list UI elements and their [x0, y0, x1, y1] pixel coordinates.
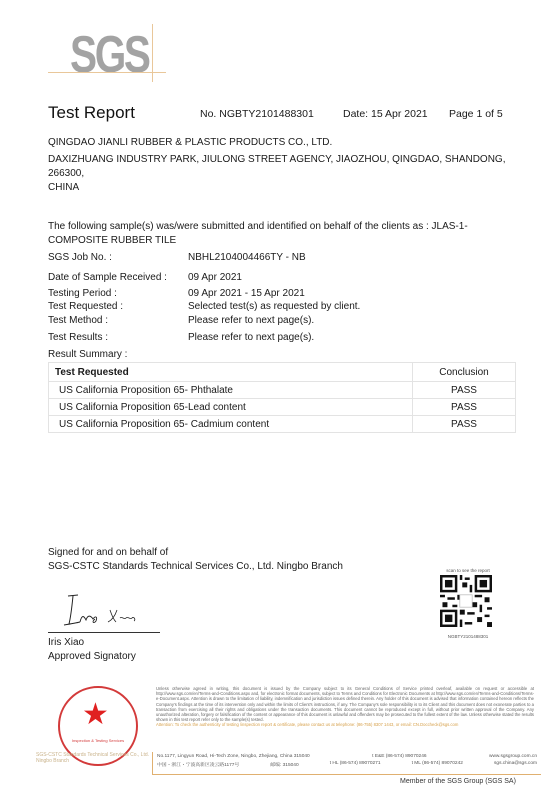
- email-link[interactable]: sgs.china@sgs.com: [494, 761, 537, 768]
- signer-name: Iris Xiao: [48, 636, 136, 650]
- qr-report-code: NGBTY2101488301: [440, 634, 496, 639]
- result-summary-label: Result Summary :: [48, 348, 127, 362]
- table-row: US California Proposition 65- Phthalate …: [49, 382, 516, 399]
- authenticity-notice: Attention: To check the authenticity of …: [156, 722, 534, 727]
- report-number: No. NGBTY2101488301: [200, 108, 314, 120]
- signed-on-behalf: Signed for and on behalf of SGS-CSTC Sta…: [48, 546, 368, 574]
- address-row-cn: 中国・浙江・宁波高新区凌云路1177号 邮编: 315040 t HL (86-…: [153, 759, 541, 768]
- signature-line: [48, 632, 160, 633]
- field-label: Test Results :: [48, 331, 188, 347]
- signer-block: Iris Xiao Approved Signatory: [48, 636, 136, 664]
- client-address-line1: DAXIZHUANG INDUSTRY PARK, JIULONG STREET…: [48, 153, 518, 181]
- test-conclusion: PASS: [413, 382, 516, 399]
- field-value: Selected test(s) as requested by client.: [188, 300, 360, 314]
- field-job-no: SGS Job No. : NBHL2104004466TY - NB: [48, 251, 518, 267]
- field-value: NBHL2104004466TY - NB: [188, 251, 306, 267]
- column-header-conclusion: Conclusion: [413, 363, 516, 382]
- field-date-received: Date of Sample Received : 09 Apr 2021: [48, 271, 518, 287]
- client-block: QINGDAO JIANLI RUBBER & PLASTIC PRODUCTS…: [48, 136, 518, 198]
- logo-crosshair-vertical: [152, 24, 153, 82]
- field-testing-period: Testing Period : 09 Apr 2021 - 15 Apr 20…: [48, 287, 518, 300]
- star-icon: ★: [82, 700, 109, 730]
- signed-for-text: Signed for and on behalf of: [48, 546, 368, 560]
- website-link[interactable]: www.sgsgroup.com.cn: [489, 754, 537, 759]
- test-name: US California Proposition 65-Lead conten…: [49, 399, 413, 416]
- field-value: 09 Apr 2021 - 15 Apr 2021: [188, 287, 305, 300]
- logo-crosshair-horizontal: [48, 72, 166, 73]
- legal-disclaimer: Unless otherwise agreed in writing, this…: [156, 686, 534, 728]
- field-test-results: Test Results : Please refer to next page…: [48, 331, 518, 347]
- sgs-logo: SGS: [48, 20, 168, 80]
- field-test-requested: Test Requested : Selected test(s) as req…: [48, 300, 518, 314]
- seal-footer-text: SGS-CSTC Standards Technical Services Co…: [36, 752, 156, 764]
- handwritten-signature: [60, 592, 150, 630]
- sgs-group-membership: Member of the SGS Group (SGS SA): [400, 778, 516, 785]
- client-address-line2: CHINA: [48, 181, 518, 195]
- result-summary-table: Test Requested Conclusion US California …: [48, 362, 516, 433]
- field-label: Testing Period :: [48, 287, 188, 300]
- telephone-cn: t HL (86-574) 89070271: [330, 761, 381, 768]
- qr-code-block[interactable]: scan to see the report NGBTY2101488301: [440, 568, 496, 639]
- client-name: QINGDAO JIANLI RUBBER & PLASTIC PRODUCTS…: [48, 136, 518, 150]
- report-fields: SGS Job No. : NBHL2104004466TY - NB Date…: [48, 251, 518, 347]
- column-header-test: Test Requested: [49, 363, 413, 382]
- field-value: Please refer to next page(s).: [188, 314, 314, 331]
- field-value: Please refer to next page(s).: [188, 331, 314, 347]
- address-en: No.1177, Lingyun Road, Hi-Tech Zone, Nin…: [157, 754, 310, 759]
- signing-company: SGS-CSTC Standards Technical Services Co…: [48, 560, 368, 574]
- page-indicator: Page 1 of 5: [449, 108, 503, 120]
- test-conclusion: PASS: [413, 399, 516, 416]
- field-value: 09 Apr 2021: [188, 271, 242, 287]
- seal-text: Inspection & Testing Services: [68, 738, 128, 743]
- field-label: Test Requested :: [48, 300, 188, 314]
- telephone-en: t E&E (86-574) 89070246: [372, 754, 426, 759]
- test-name: US California Proposition 65- Cadmium co…: [49, 416, 413, 433]
- field-label: SGS Job No. :: [48, 251, 188, 267]
- qr-code-icon[interactable]: [440, 575, 492, 627]
- signer-title: Approved Signatory: [48, 650, 136, 664]
- field-label: Date of Sample Received :: [48, 271, 188, 287]
- table-row: US California Proposition 65- Cadmium co…: [49, 416, 516, 433]
- report-title: Test Report: [48, 103, 135, 123]
- report-date: Date: 15 Apr 2021: [343, 108, 428, 120]
- field-test-method: Test Method : Please refer to next page(…: [48, 314, 518, 331]
- test-name: US California Proposition 65- Phthalate: [49, 382, 413, 399]
- table-header-row: Test Requested Conclusion: [49, 363, 516, 382]
- address-cn: 中国・浙江・宁波高新区凌云路1177号: [157, 761, 239, 768]
- disclaimer-text: Unless otherwise agreed in writing, this…: [156, 686, 534, 722]
- company-address-box: No.1177, Lingyun Road, Hi-Tech Zone, Nin…: [152, 752, 541, 775]
- field-label: Test Method :: [48, 314, 188, 331]
- address-row-en: No.1177, Lingyun Road, Hi-Tech Zone, Nin…: [153, 752, 541, 759]
- table-row: US California Proposition 65-Lead conten…: [49, 399, 516, 416]
- sample-intro: The following sample(s) was/were submitt…: [48, 220, 518, 248]
- test-conclusion: PASS: [413, 416, 516, 433]
- postcode-cn: 邮编: 315040: [270, 761, 298, 768]
- telephone2-cn: t ML (86-574) 89070242: [412, 761, 463, 768]
- qr-caption: scan to see the report: [440, 568, 496, 573]
